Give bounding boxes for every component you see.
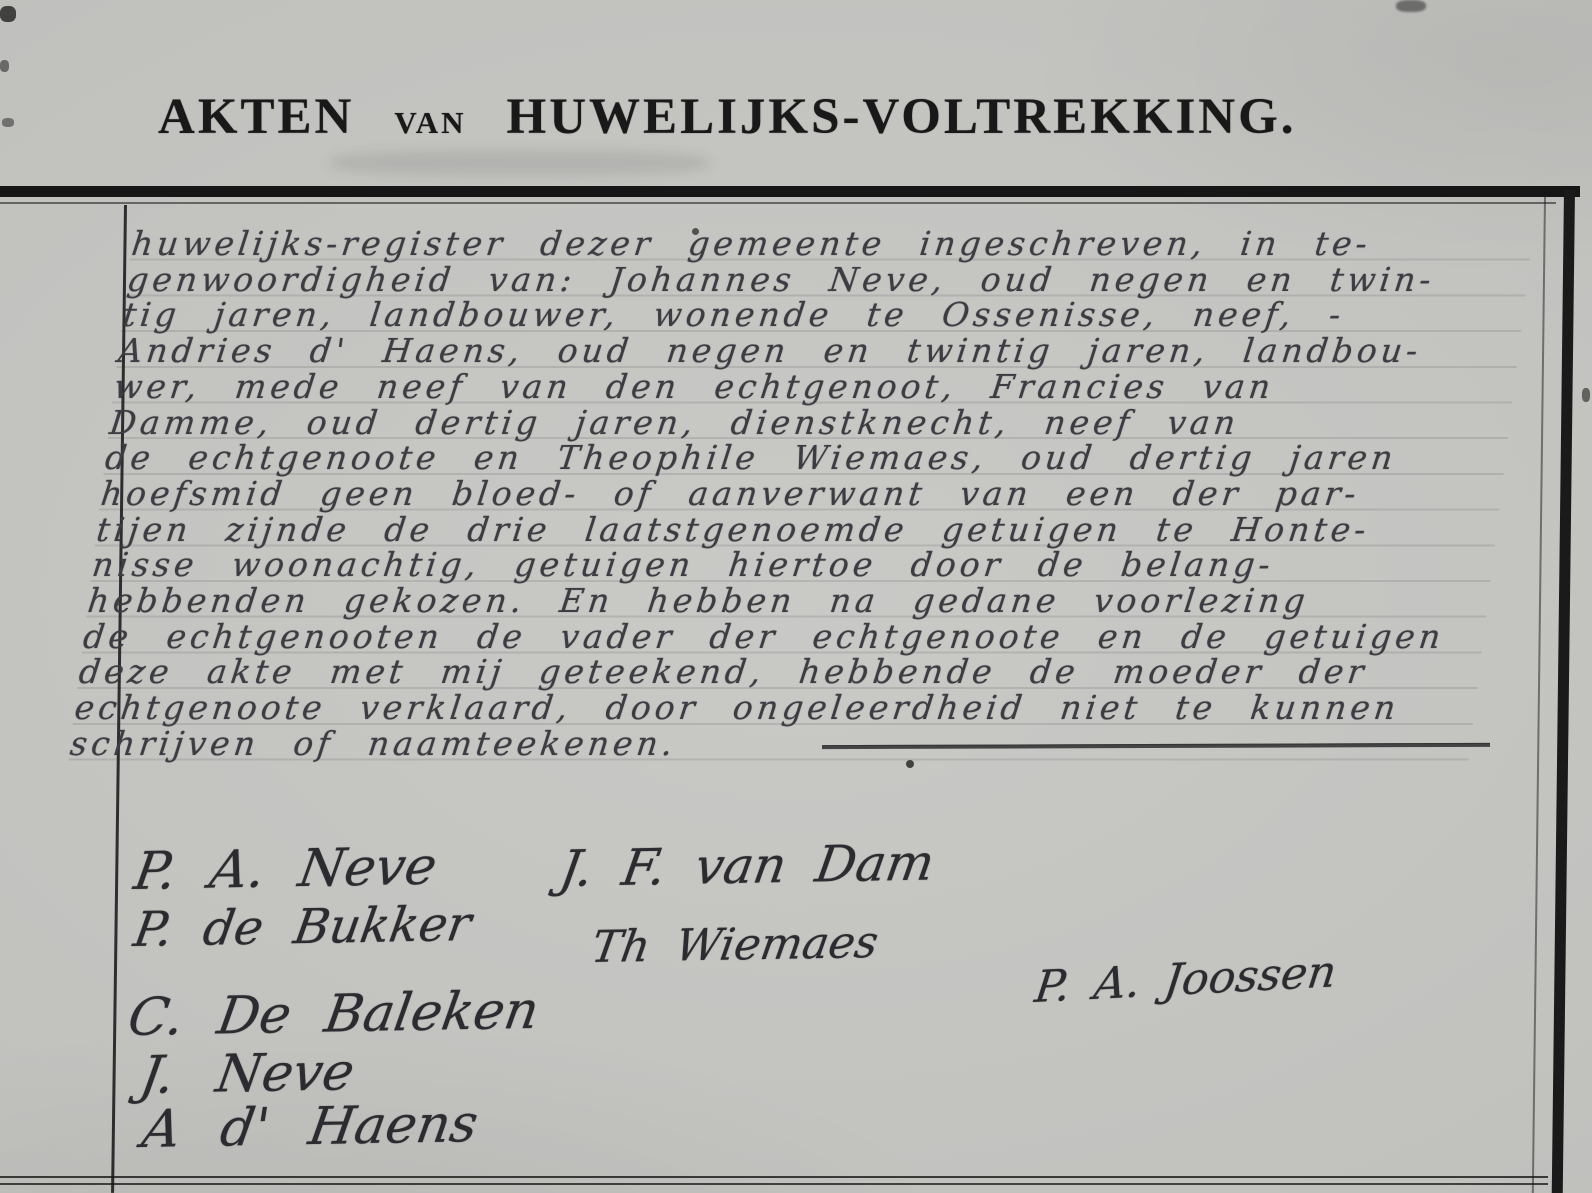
signature-p-a-joossen: P. A. Joossen — [1032, 946, 1339, 1013]
bottom-frame-line-upper — [0, 1176, 1548, 1178]
document-title: AKTEN van HUWELIJKS-VOLTREKKING. — [158, 88, 1297, 146]
signature-c-de-baleken: C. De Baleken — [124, 981, 543, 1048]
title-word-van: van — [394, 105, 466, 141]
act-text-line: wer, mede neef van den echtgenoot, Franc… — [112, 369, 1516, 405]
ink-dot — [906, 760, 914, 768]
title-word-huwelijks-voltrekking: HUWELIJKS-VOLTREKKING. — [507, 88, 1297, 146]
act-text-line: huwelijks-register dezer gemeente ingesc… — [130, 226, 1534, 262]
signature-p-de-bukker: P. de Bukker — [130, 896, 475, 958]
bottom-frame-line-lower — [0, 1183, 1548, 1185]
signature-a-d-haens: A d' Haens — [138, 1094, 482, 1160]
signature-th-wiemaes: Th Wiemaes — [588, 917, 882, 973]
act-text-line: Andries d' Haens, oud negen en twintig j… — [116, 333, 1520, 369]
scan-smudge — [330, 150, 710, 176]
signature-j-f-van-dam: J. F. van Dam — [556, 834, 938, 898]
scanned-marriage-register-page: AKTEN van HUWELIJKS-VOLTREKKING. huwelij… — [0, 0, 1592, 1193]
act-text-line: tig jaren, landbouwer, wonende te Osseni… — [121, 297, 1525, 333]
act-text-line: deze akte met mij geteekend, hebbende de… — [77, 654, 1481, 690]
act-text-line: hoefsmid geen bloed- of aanverwant van e… — [99, 476, 1503, 512]
act-text-line: nisse woonachtig, getuigen hiertoe door … — [90, 547, 1494, 583]
ink-dot — [692, 228, 699, 235]
scan-speck — [0, 6, 16, 22]
act-text-line: echtgenoote verklaard, door ongeleerdhei… — [73, 690, 1477, 726]
signature-p-a-neve: P. A. Neve — [130, 837, 441, 902]
act-text-line: de echtgenoote en Theophile Wiemaes, oud… — [103, 440, 1507, 476]
scan-speck — [0, 60, 9, 72]
act-text-line: de echtgenooten de vader der echtgenoote… — [81, 619, 1485, 655]
top-frame-bar — [0, 186, 1580, 197]
right-frame-bar — [1552, 190, 1575, 1193]
top-frame-thin-line — [0, 202, 1556, 204]
scan-speck — [1396, 0, 1426, 12]
act-text-line: genwoordigheid van: Johannes Neve, oud n… — [125, 262, 1529, 298]
title-word-akten: AKTEN — [158, 88, 354, 146]
act-text-line: Damme, oud dertig jaren, dienstknecht, n… — [108, 405, 1512, 441]
marriage-act-handwritten-text: huwelijks-register dezer gemeente ingesc… — [68, 226, 1534, 762]
act-text-line: hebbenden gekozen. En hebben na gedane v… — [86, 583, 1490, 619]
scan-speck — [1582, 388, 1590, 402]
act-text-line: tijen zijnde de drie laatstgenoemde getu… — [95, 512, 1499, 548]
right-frame-thin-line — [1532, 196, 1546, 1193]
scan-speck — [2, 118, 14, 127]
